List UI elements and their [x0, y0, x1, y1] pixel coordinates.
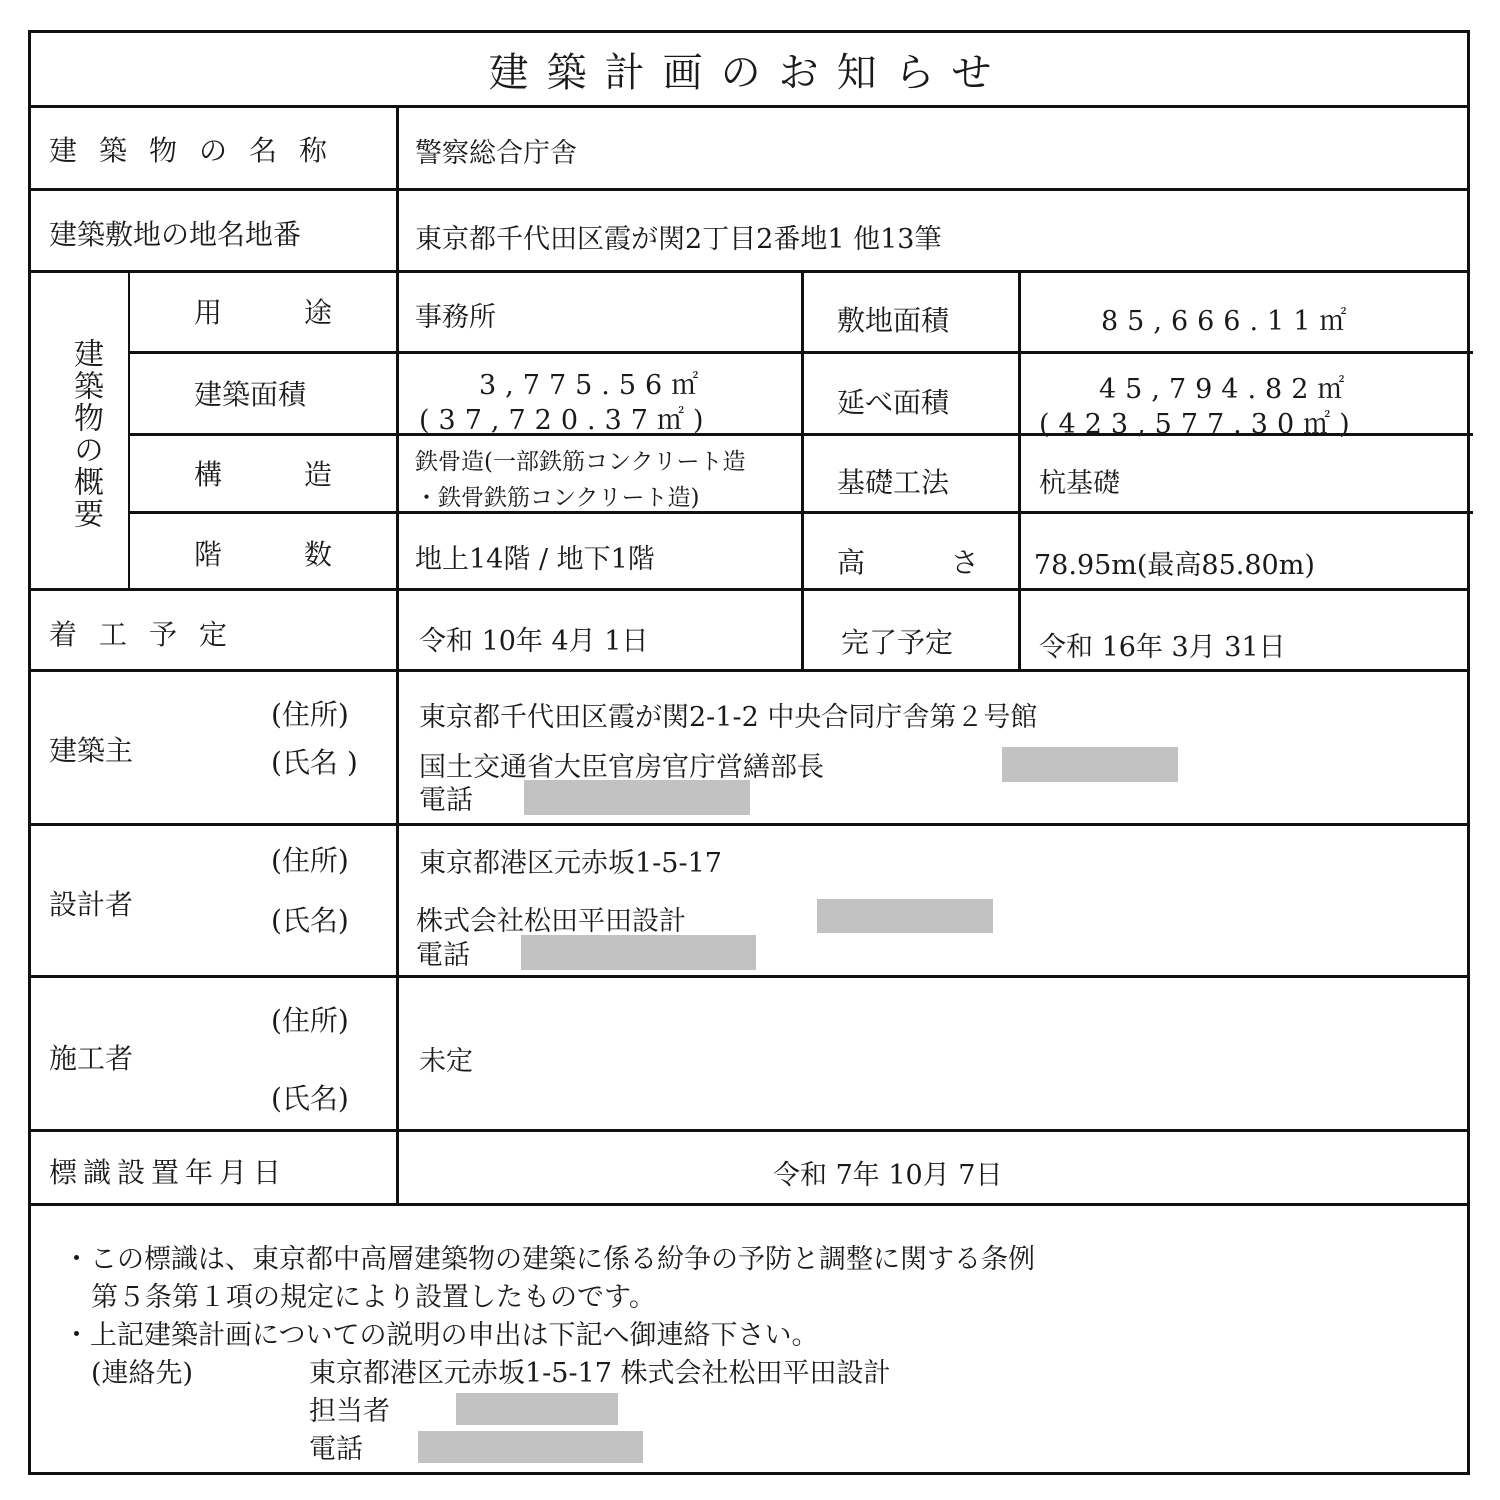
start-label: 着工予定: [49, 613, 249, 653]
site-address-label: 建築敷地の地名地番: [49, 213, 301, 253]
divider: [128, 270, 130, 588]
use-label-a: 用: [194, 291, 222, 331]
building-name-value: 警察総合庁舎: [415, 131, 577, 170]
completion-label: 完了予定: [841, 621, 953, 661]
designer-name-label: (氏名): [271, 899, 349, 939]
structure-label-b: 造: [304, 453, 332, 493]
owner-phone-label: 電話: [419, 778, 473, 817]
divider: [31, 669, 1467, 672]
completion-value: 令和 16年 3月 31日: [1039, 625, 1286, 664]
owner-name: 国土交通省大臣官房官庁営繕部長: [419, 745, 824, 784]
redacted-designer-phone: [521, 935, 756, 970]
foundation-label: 基礎工法: [837, 461, 949, 501]
foundation-value: 杭基礎: [1039, 461, 1120, 500]
contact-address: 東京都港区元赤坂1-5-17 株式会社松田平田設計: [309, 1355, 891, 1393]
divider: [31, 588, 1467, 591]
redacted-contact-phone: [418, 1431, 643, 1463]
floors-label-b: 数: [304, 533, 332, 573]
divider: [31, 823, 1467, 826]
owner-address: 東京都千代田区霞が関2-1-2 中央合同庁舎第２号館: [419, 695, 1037, 734]
redacted-owner-name: [1002, 747, 1178, 782]
contractor-name-label: (氏名): [271, 1077, 349, 1117]
redacted-owner-phone: [524, 780, 750, 815]
divider: [1018, 270, 1021, 671]
site-address-value: 東京都千代田区霞が関2丁目2番地1 他13筆: [415, 217, 941, 256]
posted-date-value: 令和 7年 10月 7日: [773, 1153, 1002, 1192]
contact-person-label: 担当者: [309, 1393, 390, 1431]
contractor-value: 未定: [419, 1039, 473, 1078]
owner-label: 建築主: [49, 729, 133, 769]
notes-line-1: ・この標識は、東京都中高層建築物の建築に係る紛争の予防と調整に関する条例: [63, 1241, 1035, 1279]
contractor-label: 施工者: [49, 1037, 133, 1077]
floor-area-total: (423,577.30㎡): [1039, 402, 1359, 441]
height-label-b: さ: [951, 541, 979, 581]
divider: [31, 105, 1467, 108]
contact-label: (連絡先): [91, 1355, 193, 1393]
divider: [31, 270, 1467, 273]
floor-area-value: 45,794.82㎡: [1099, 367, 1353, 406]
site-area-value: 85,666.11㎡: [1101, 299, 1355, 338]
designer-phone-label: 電話: [416, 933, 470, 972]
designer-address-label: (住所): [271, 839, 349, 879]
sign-title: 建築計画のお知らせ: [31, 33, 1467, 105]
owner-name-label: (氏名 ): [271, 741, 358, 781]
contact-phone-label: 電話: [309, 1431, 363, 1469]
notes-line-3: ・上記建築計画についての説明の申出は下記へ御連絡下さい。: [63, 1317, 818, 1355]
building-name-label: 建築物の名称: [49, 129, 349, 169]
structure-value-line2: ・鉄骨鉄筋コンクリート造): [415, 479, 700, 512]
divider: [31, 188, 1467, 191]
divider: [31, 1129, 1467, 1132]
building-area-total: (37,720.37㎡): [419, 398, 712, 437]
floors-value: 地上14階 / 地下1階: [415, 537, 655, 576]
divider: [396, 105, 399, 1205]
divider: [801, 270, 804, 671]
structure-value-line1: 鉄骨造(一部鉄筋コンクリート造: [415, 443, 746, 476]
redacted-designer-name: [817, 899, 993, 933]
building-plan-notice-sign: 建築計画のお知らせ 建築物の名称 警察総合庁舎 建築敷地の地名地番 東京都千代田…: [28, 30, 1470, 1475]
overview-group-label: 建築物の概要: [63, 338, 107, 530]
notes-line-2: 第５条第１項の規定により設置したものです。: [91, 1279, 656, 1317]
owner-address-label: (住所): [271, 693, 349, 733]
divider: [31, 975, 1467, 978]
use-label-b: 途: [304, 291, 332, 331]
redacted-contact-person: [456, 1393, 618, 1425]
designer-label: 設計者: [49, 883, 133, 923]
divider: [31, 1203, 1467, 1206]
height-label-a: 高: [837, 541, 865, 581]
use-value: 事務所: [415, 295, 496, 334]
site-area-label: 敷地面積: [837, 299, 949, 339]
building-area-value: 3,775.56㎡: [479, 363, 707, 402]
floors-label-a: 階: [194, 533, 222, 573]
designer-address: 東京都港区元赤坂1-5-17: [419, 841, 722, 880]
structure-label-a: 構: [194, 453, 222, 493]
height-value: 78.95m(最高85.80m): [1034, 543, 1315, 582]
building-area-label: 建築面積: [194, 373, 306, 413]
floor-area-label: 延べ面積: [837, 381, 949, 421]
posted-date-label: 標識設置年月日: [49, 1151, 287, 1191]
start-value: 令和 10年 4月 1日: [419, 619, 648, 658]
contractor-address-label: (住所): [271, 999, 349, 1039]
